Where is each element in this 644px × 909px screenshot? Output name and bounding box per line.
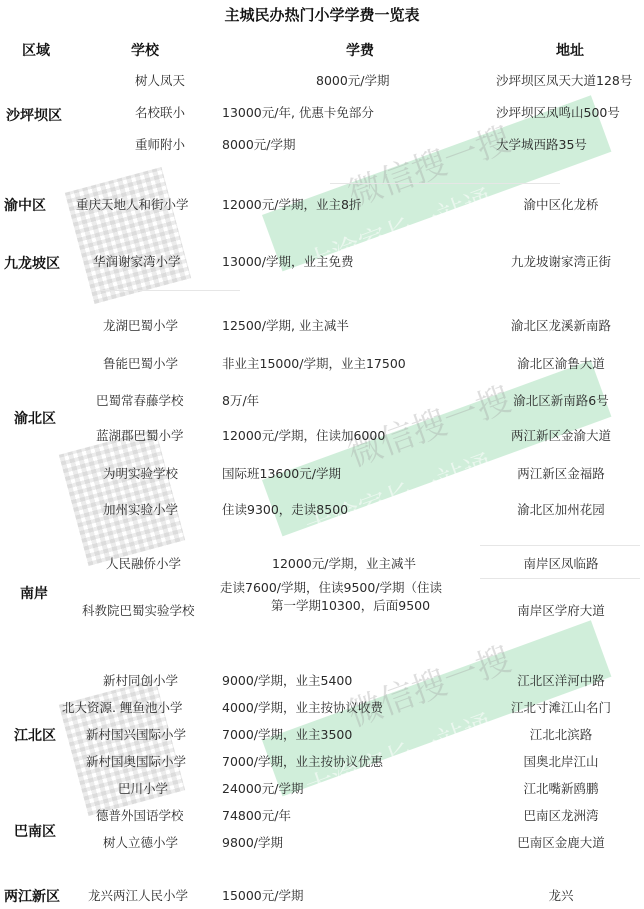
fee-value-line2: 第一学期10300，后面9500 xyxy=(271,598,430,614)
district-label: 巴南区 xyxy=(14,821,56,841)
school-name: 人民融侨小学 xyxy=(106,556,181,572)
page-title: 主城民办热门小学学费一览表 xyxy=(0,4,644,25)
divider xyxy=(480,578,640,579)
school-name: 树人立德小学 xyxy=(103,835,178,851)
fee-value: 国际班13600元/学期 xyxy=(222,466,341,482)
school-name: 科教院巴蜀实验学校 xyxy=(82,603,195,619)
header-school: 学校 xyxy=(131,40,159,60)
address-value: 南岸区凤临路 xyxy=(480,556,642,572)
address-value: 龙兴 xyxy=(480,888,642,904)
school-name: 蓝湖郡巴蜀小学 xyxy=(96,428,184,444)
divider xyxy=(480,545,640,546)
divider xyxy=(330,183,560,184)
fee-value: 24000元/学期 xyxy=(222,781,303,797)
address-value: 两江新区金福路 xyxy=(480,466,642,482)
address-value: 沙坪坝区凤鸣山500号 xyxy=(496,105,620,121)
school-name: 树人凤天 xyxy=(70,73,250,89)
divider xyxy=(100,290,240,291)
fee-value: 非业主15000/学期，业主17500 xyxy=(222,356,406,372)
header-address: 地址 xyxy=(556,40,584,60)
fee-value: 13000元/年, 优惠卡免部分 xyxy=(222,105,374,121)
fee-value: 74800元/年 xyxy=(222,808,291,824)
fee-value: 12000元/学期，业主减半 xyxy=(272,556,416,572)
school-name: 巴川小学 xyxy=(118,781,168,797)
fee-value: 住读9300，走读8500 xyxy=(222,502,348,518)
district-label: 江北区 xyxy=(14,725,56,745)
address-value: 渝北区龙溪新南路 xyxy=(480,318,642,334)
school-name: 北大资源. 鲤鱼池小学 xyxy=(62,700,182,716)
address-value: 国奥北岸江山 xyxy=(480,754,642,770)
qr-code-watermark xyxy=(65,167,191,304)
school-name: 新村国兴国际小学 xyxy=(86,727,186,743)
school-name: 龙湖巴蜀小学 xyxy=(103,318,178,334)
district-label: 渝北区 xyxy=(14,408,56,428)
district-label: 渝中区 xyxy=(4,195,46,215)
school-name: 加州实验小学 xyxy=(103,502,178,518)
district-label: 九龙坡区 xyxy=(4,253,60,273)
district-label: 沙坪坝区 xyxy=(6,105,62,125)
school-name: 龙兴两江人民小学 xyxy=(88,888,188,904)
address-value: 渝北区新南路6号 xyxy=(480,393,642,409)
fee-value: 4000/学期，业主按协议收费 xyxy=(222,700,383,716)
address-value: 巴南区龙洲湾 xyxy=(480,808,642,824)
fee-value: 15000元/学期 xyxy=(222,888,303,904)
school-name: 新村同创小学 xyxy=(103,673,178,689)
address-value: 渝中区化龙桥 xyxy=(480,197,642,213)
fee-value: 8000元/学期 xyxy=(316,73,390,89)
fee-value: 12500/学期, 业主减半 xyxy=(222,318,349,334)
address-value: 大学城西路35号 xyxy=(496,137,587,153)
address-value: 江北区洋河中路 xyxy=(480,673,642,689)
address-value: 渝北区渝鲁大道 xyxy=(480,356,642,372)
fee-value: 9800/学期 xyxy=(222,835,283,851)
header-fee: 学费 xyxy=(346,40,374,60)
header-district: 区域 xyxy=(22,40,50,60)
fee-value: 走读7600/学期，住读9500/学期（住读 xyxy=(220,580,442,596)
address-value: 巴南区金鹿大道 xyxy=(480,835,642,851)
fee-value: 13000/学期，业主免费 xyxy=(222,254,353,270)
fee-value: 12000元/学期，业主8折 xyxy=(222,197,361,213)
school-name: 重庆天地人和街小学 xyxy=(76,197,189,213)
school-name: 鲁能巴蜀小学 xyxy=(103,356,178,372)
fee-value: 12000元/学期，住读加6000 xyxy=(222,428,385,444)
address-value: 南岸区学府大道 xyxy=(480,603,642,619)
school-name: 德普外国语学校 xyxy=(96,808,184,824)
address-value: 江北嘴新鸥鹏 xyxy=(480,781,642,797)
fee-value: 8万/年 xyxy=(222,393,259,409)
address-value: 江北寸滩江山名门 xyxy=(480,700,642,716)
fee-value: 8000元/学期 xyxy=(222,137,296,153)
school-name: 新村国奥国际小学 xyxy=(86,754,186,770)
fee-value: 9000/学期，业主5400 xyxy=(222,673,352,689)
fee-value: 7000/学期，业主按协议优惠 xyxy=(222,754,383,770)
district-label: 两江新区 xyxy=(4,886,60,906)
address-value: 九龙坡谢家湾正街 xyxy=(480,254,642,270)
qr-code-watermark xyxy=(59,429,185,566)
school-name: 为明实验学校 xyxy=(103,466,178,482)
fee-value: 7000/学期，业主3500 xyxy=(222,727,352,743)
address-value: 江北北滨路 xyxy=(480,727,642,743)
school-name: 巴蜀常春藤学校 xyxy=(96,393,184,409)
address-value: 渝北区加州花园 xyxy=(480,502,642,518)
school-name: 华润谢家湾小学 xyxy=(93,254,181,270)
address-value: 两江新区金渝大道 xyxy=(480,428,642,444)
district-label: 南岸 xyxy=(20,583,48,603)
address-value: 沙坪坝区凤天大道128号 xyxy=(496,73,632,89)
